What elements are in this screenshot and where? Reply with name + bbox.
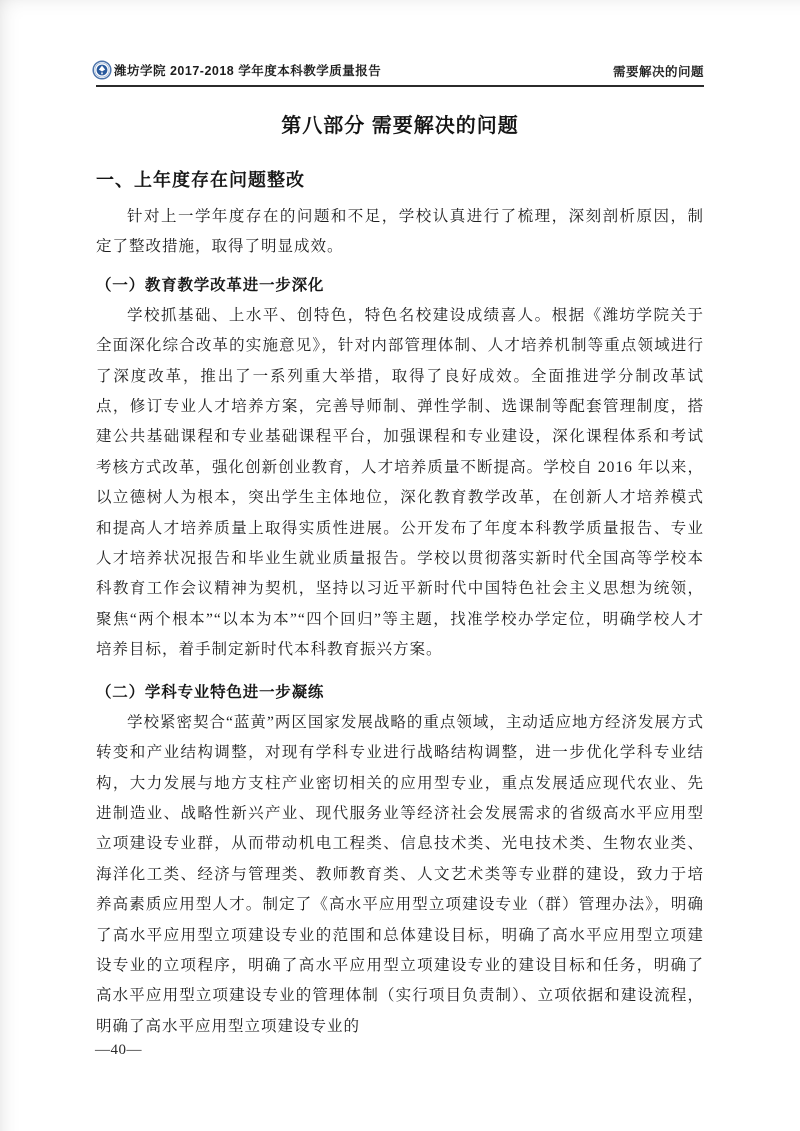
header-right-title: 需要解决的问题 bbox=[613, 62, 704, 80]
page-header: 潍坊学院 2017-2018 学年度本科教学质量报告 需要解决的问题 bbox=[96, 60, 704, 87]
header-left-title: 潍坊学院 2017-2018 学年度本科教学质量报告 bbox=[114, 61, 381, 79]
university-seal-icon bbox=[92, 60, 112, 80]
subsection-1-heading: （一）教育教学改革进一步深化 bbox=[96, 274, 704, 297]
subsection-2-heading: （二）学科专业特色进一步凝练 bbox=[96, 681, 704, 704]
subsection-1-body-paragraph: 学校抓基础、上水平、创特色，特色名校建设成绩喜人。根据《潍坊学院关于全面深化综合… bbox=[96, 301, 704, 666]
section-1-heading: 一、上年度存在问题整改 bbox=[96, 168, 704, 193]
page-number: —40— bbox=[95, 1042, 142, 1059]
document-page: 潍坊学院 2017-2018 学年度本科教学质量报告 需要解决的问题 第八部分 … bbox=[0, 0, 800, 1131]
page-title: 第八部分 需要解决的问题 bbox=[96, 112, 704, 140]
section-1-intro-paragraph: 针对上一学年度存在的问题和不足，学校认真进行了梳理，深刻剖析原因，制定了整改措施… bbox=[96, 202, 704, 263]
header-left: 潍坊学院 2017-2018 学年度本科教学质量报告 bbox=[92, 60, 381, 80]
subsection-2-body-paragraph: 学校紧密契合“蓝黄”两区国家发展战略的重点领域，主动适应地方经济发展方式转变和产… bbox=[96, 708, 704, 1042]
